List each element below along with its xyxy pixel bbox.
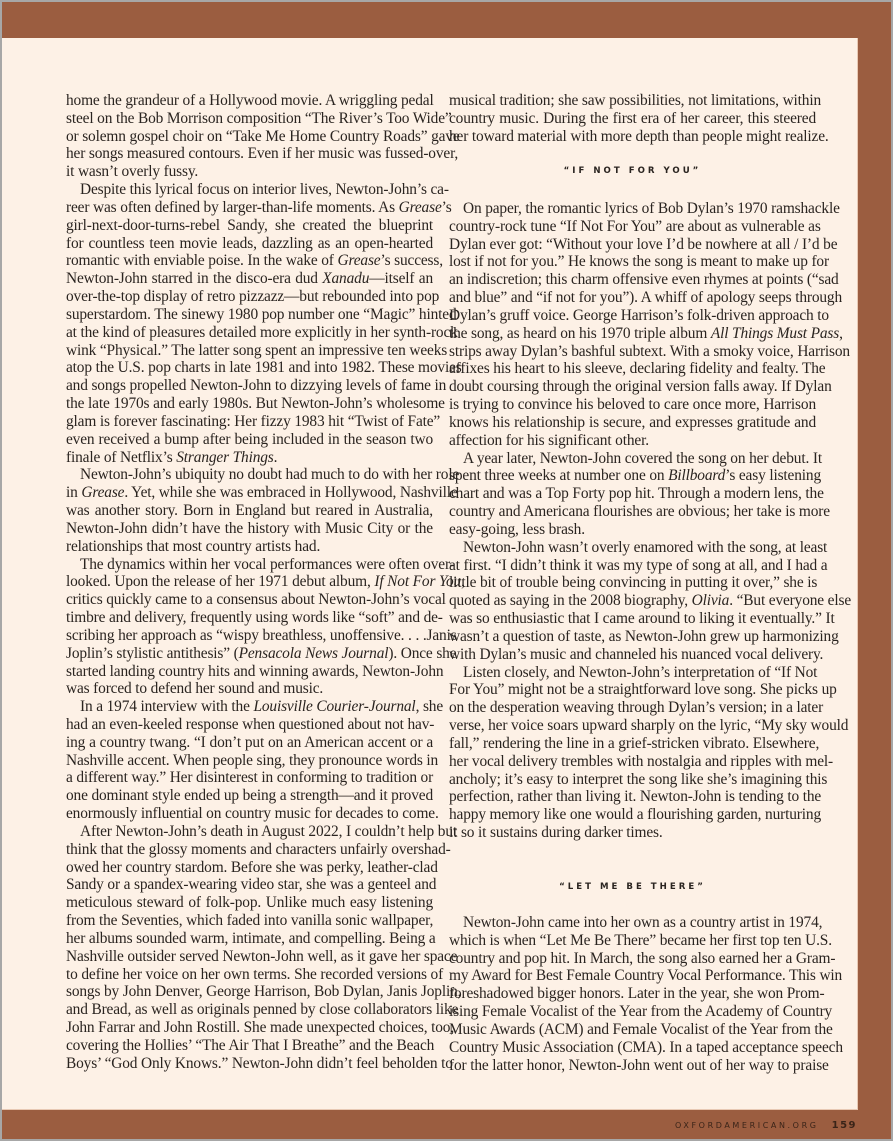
text-line: easy-going, less brash. [449, 521, 816, 539]
text-line: steel on the Bob Morrison composition “T… [66, 110, 433, 128]
text-line: it so it sustains during darker times. [449, 824, 816, 842]
text-line: musical tradition; she saw possibilities… [449, 92, 816, 110]
text-line: Music Awards (ACM) and Female Vocalist o… [449, 1021, 816, 1039]
text-line: in Grease. Yet, while she was embraced i… [66, 484, 433, 502]
text-line: think that the glossy moments and charac… [66, 841, 433, 859]
text-line: Newton-John came into her own as a count… [449, 914, 816, 932]
text-line: was forced to defend her sound and music… [66, 680, 433, 698]
text-line: The dynamics within her vocal performanc… [66, 556, 433, 574]
text-line: strips away Dylan’s bashful subtext. Wit… [449, 343, 816, 361]
text-line: country and Americana flourishes are obv… [449, 503, 816, 521]
text-line: Country Music Association (CMA). In a ta… [449, 1039, 816, 1057]
text-line: romantic with enviable poise. In the wak… [66, 252, 433, 270]
paragraph: A year later, Newton-John covered the so… [449, 450, 816, 539]
text-line: lost if not for you.” He knows the song … [449, 253, 816, 271]
text-line: owed her country stardom. Before she was… [66, 859, 433, 877]
text-line: perfection, rather than living it. Newto… [449, 788, 816, 806]
paragraph: Listen closely, and Newton-John’s interp… [449, 664, 816, 842]
text-line: Dylan’s gruff voice. George Harrison’s f… [449, 307, 816, 325]
text-line: looked. Upon the release of her 1971 deb… [66, 573, 433, 591]
text-line: country and pop hit. In March, the song … [449, 950, 816, 968]
section-heading-if-not-for-you: “IF NOT FOR YOU” [449, 166, 816, 176]
text-line: timbre and delivery, frequently using wo… [66, 609, 433, 627]
paragraph: home the grandeur of a Hollywood movie. … [66, 92, 433, 181]
text-line: was so enthusiastic that I came around t… [449, 610, 816, 628]
paragraph: In a 1974 interview with the Louisville … [66, 698, 433, 823]
text-line: even received a bump after being include… [66, 431, 433, 449]
text-line: Newton-John starred in the disco-era dud… [66, 270, 433, 288]
text-line: doubt coursing through the original vers… [449, 378, 816, 396]
text-line: knows his relationship is secure, and ex… [449, 414, 816, 432]
text-line: one dominant style ended up being a stre… [66, 787, 433, 805]
text-line: ing a country twang. “I don’t put on an … [66, 734, 433, 752]
text-line: to define her voice on her own terms. Sh… [66, 966, 433, 984]
text-line: the song, as heard on his 1970 triple al… [449, 325, 816, 343]
text-line: for countless teen movie leads, dazzling… [66, 235, 433, 253]
text-line: at first. “I didn’t think it was my type… [449, 557, 816, 575]
text-line: A year later, Newton-John covered the so… [449, 450, 816, 468]
text-line: For You” might not be a straightforward … [449, 681, 816, 699]
paragraph: Newton-John came into her own as a count… [449, 914, 816, 1074]
paragraph: Newton-John’s ubiquity no doubt had much… [66, 466, 433, 555]
right-column-section-2: Newton-John came into her own as a count… [449, 914, 816, 1074]
text-line: superstardom. The sinewy 1980 pop number… [66, 306, 433, 324]
text-line: happy memory like one would a flourishin… [449, 806, 816, 824]
paragraph: Despite this lyrical focus on interior l… [66, 181, 433, 466]
text-line: my Award for Best Female Country Vocal P… [449, 967, 816, 985]
text-line: chart and was a Top Forty pop hit. Throu… [449, 485, 816, 503]
text-line: Nashville outsider served Newton-John we… [66, 948, 433, 966]
text-line: affection for his significant other. [449, 432, 816, 450]
text-line: wasn’t a question of taste, as Newton-Jo… [449, 628, 816, 646]
text-line: covering the Hollies’ “The Air That I Br… [66, 1037, 433, 1055]
text-line: reer was often defined by larger-than-li… [66, 199, 433, 217]
text-line: ising Female Vocalist of the Year from t… [449, 1003, 816, 1021]
text-line: In a 1974 interview with the Louisville … [66, 698, 433, 716]
text-line: verse, her voice soars upward sharply on… [449, 717, 816, 735]
text-line: started landing country hits and winning… [66, 663, 433, 681]
text-line: atop the U.S. pop charts in late 1981 an… [66, 359, 433, 377]
magazine-page: home the grandeur of a Hollywood movie. … [2, 38, 858, 1110]
text-line: and songs propelled Newton-John to dizzy… [66, 377, 433, 395]
paragraph: The dynamics within her vocal performanc… [66, 556, 433, 699]
text-line: quoted as saying in the 2008 biography, … [449, 592, 816, 610]
text-line: Joplin’s stylistic antithesis” (Pensacol… [66, 645, 433, 663]
text-line: Newton-John wasn’t overly enamored with … [449, 539, 816, 557]
text-line: Newton-John didn’t have the history with… [66, 520, 433, 538]
text-line: an indiscretion; this charm offensive ev… [449, 271, 816, 289]
text-line: her albums sounded warm, intimate, and c… [66, 930, 433, 948]
text-line: a different way.” Her disinterest in con… [66, 769, 433, 787]
right-column-section-1: On paper, the romantic lyrics of Bob Dyl… [449, 200, 816, 842]
text-line: country-rock tune “If Not For You” are a… [449, 218, 816, 236]
text-line: which is when “Let Me Be There” became h… [449, 932, 816, 950]
paragraph: musical tradition; she saw possibilities… [449, 92, 816, 145]
text-line: fall,” rendering the line in a grief-str… [449, 735, 816, 753]
text-line: After Newton-John’s death in August 2022… [66, 823, 433, 841]
text-line: her songs measured contours. Even if her… [66, 145, 433, 163]
text-line: foreshadowed bigger honors. Later in the… [449, 985, 816, 1003]
text-line: finale of Netflix’s Stranger Things. [66, 449, 433, 467]
text-line: songs by John Denver, George Harrison, B… [66, 983, 433, 1001]
section-heading-let-me-be-there: “LET ME BE THERE” [449, 882, 816, 892]
text-line: Listen closely, and Newton-John’s interp… [449, 664, 816, 682]
text-line: scribing her approach as “wispy breathle… [66, 627, 433, 645]
text-line: glam is forever fascinating: Her fizzy 1… [66, 413, 433, 431]
text-line: is trying to convince his beloved to car… [449, 396, 816, 414]
paragraph: Newton-John wasn’t overly enamored with … [449, 539, 816, 664]
text-line: her toward material with more depth than… [449, 128, 816, 146]
text-line: Boys’ “God Only Knows.” Newton-John didn… [66, 1055, 433, 1073]
site-url: OXFORDAMERICAN.ORG [675, 1121, 819, 1130]
text-line: on the desperation weaving through Dylan… [449, 699, 816, 717]
text-line: relationships that most country artists … [66, 538, 433, 556]
text-line: at the kind of pleasures detailed more e… [66, 324, 433, 342]
text-line: girl-next-door-turns-rebel Sandy, she cr… [66, 217, 433, 235]
right-column-intro: musical tradition; she saw possibilities… [449, 92, 816, 145]
text-line: ancholy; it’s easy to interpret the song… [449, 771, 816, 789]
text-line: for the latter honor, Newton-John went o… [449, 1057, 816, 1075]
page-footer: OXFORDAMERICAN.ORG 159 [675, 1113, 857, 1132]
text-line: it wasn’t overly fussy. [66, 163, 433, 181]
text-line: had an even-keeled response when questio… [66, 716, 433, 734]
left-column-body: home the grandeur of a Hollywood movie. … [66, 92, 433, 1073]
text-line: On paper, the romantic lyrics of Bob Dyl… [449, 200, 816, 218]
text-line: John Farrar and John Rostill. She made u… [66, 1019, 433, 1037]
text-line: critics quickly came to a consensus abou… [66, 591, 433, 609]
text-line: and blue” and “if not for you”). A whiff… [449, 289, 816, 307]
text-line: meticulous steward of folk-pop. Unlike m… [66, 894, 433, 912]
text-line: from the Seventies, which faded into van… [66, 912, 433, 930]
text-line: or solemn gospel choir on “Take Me Home … [66, 128, 433, 146]
text-line: the late 1970s and early 1980s. But Newt… [66, 395, 433, 413]
text-line: affixes his heart to his sleeve, declari… [449, 360, 816, 378]
text-line: was another story. Born in England but r… [66, 502, 433, 520]
text-line: with Dylan’s music and channeled his nua… [449, 646, 816, 664]
text-line: her vocal delivery trembles with nostalg… [449, 753, 816, 771]
text-line: little bit of trouble being convincing i… [449, 574, 816, 592]
text-line: enormously influential on country music … [66, 805, 433, 823]
text-line: over-the-top display of retro pizzazz—bu… [66, 288, 433, 306]
text-line: country music. During the first era of h… [449, 110, 816, 128]
page-number: 159 [832, 1120, 857, 1131]
text-line: Despite this lyrical focus on interior l… [66, 181, 433, 199]
text-line: and Bread, as well as originals penned b… [66, 1001, 433, 1019]
text-line: home the grandeur of a Hollywood movie. … [66, 92, 433, 110]
text-line: Nashville accent. When people sing, they… [66, 752, 433, 770]
text-line: spent three weeks at number one on Billb… [449, 467, 816, 485]
text-line: Dylan ever got: “Without your love I’d b… [449, 236, 816, 254]
paragraph: After Newton-John’s death in August 2022… [66, 823, 433, 1073]
paragraph: On paper, the romantic lyrics of Bob Dyl… [449, 200, 816, 450]
text-line: Newton-John’s ubiquity no doubt had much… [66, 466, 433, 484]
text-line: Sandy or a spandex-wearing video star, s… [66, 876, 433, 894]
text-line: wink “Physical.” The latter song spent a… [66, 342, 433, 360]
